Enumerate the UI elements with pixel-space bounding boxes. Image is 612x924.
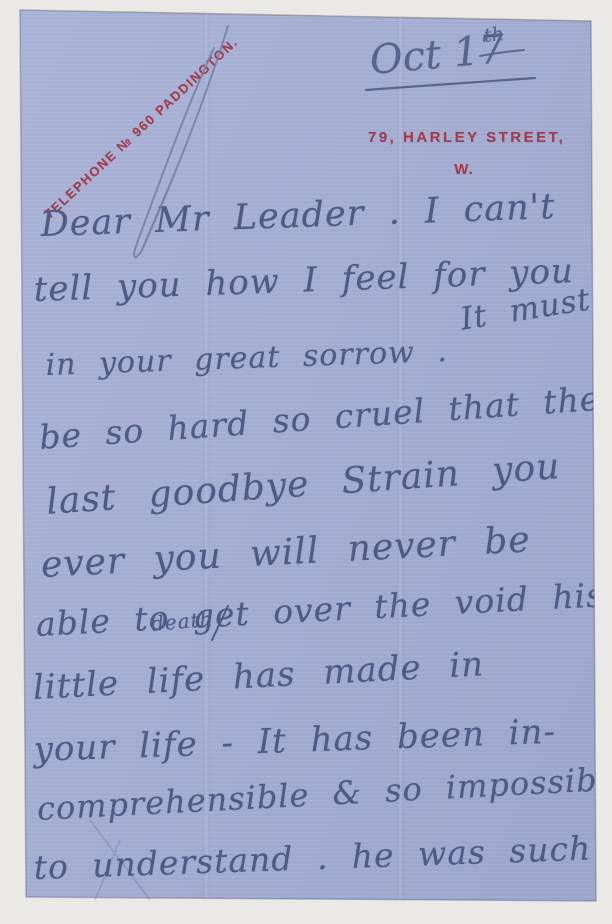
letterhead-district: W. bbox=[368, 161, 560, 178]
letter-photo: TELEPHONE № 960 PADDINGTON. 79, HARLEY S… bbox=[0, 0, 612, 924]
handwritten-date-suffix: th bbox=[483, 23, 505, 47]
letterhead-address: 79, HARLEY STREET, bbox=[368, 129, 560, 146]
blue-letter-paper: TELEPHONE № 960 PADDINGTON. 79, HARLEY S… bbox=[0, 0, 612, 924]
